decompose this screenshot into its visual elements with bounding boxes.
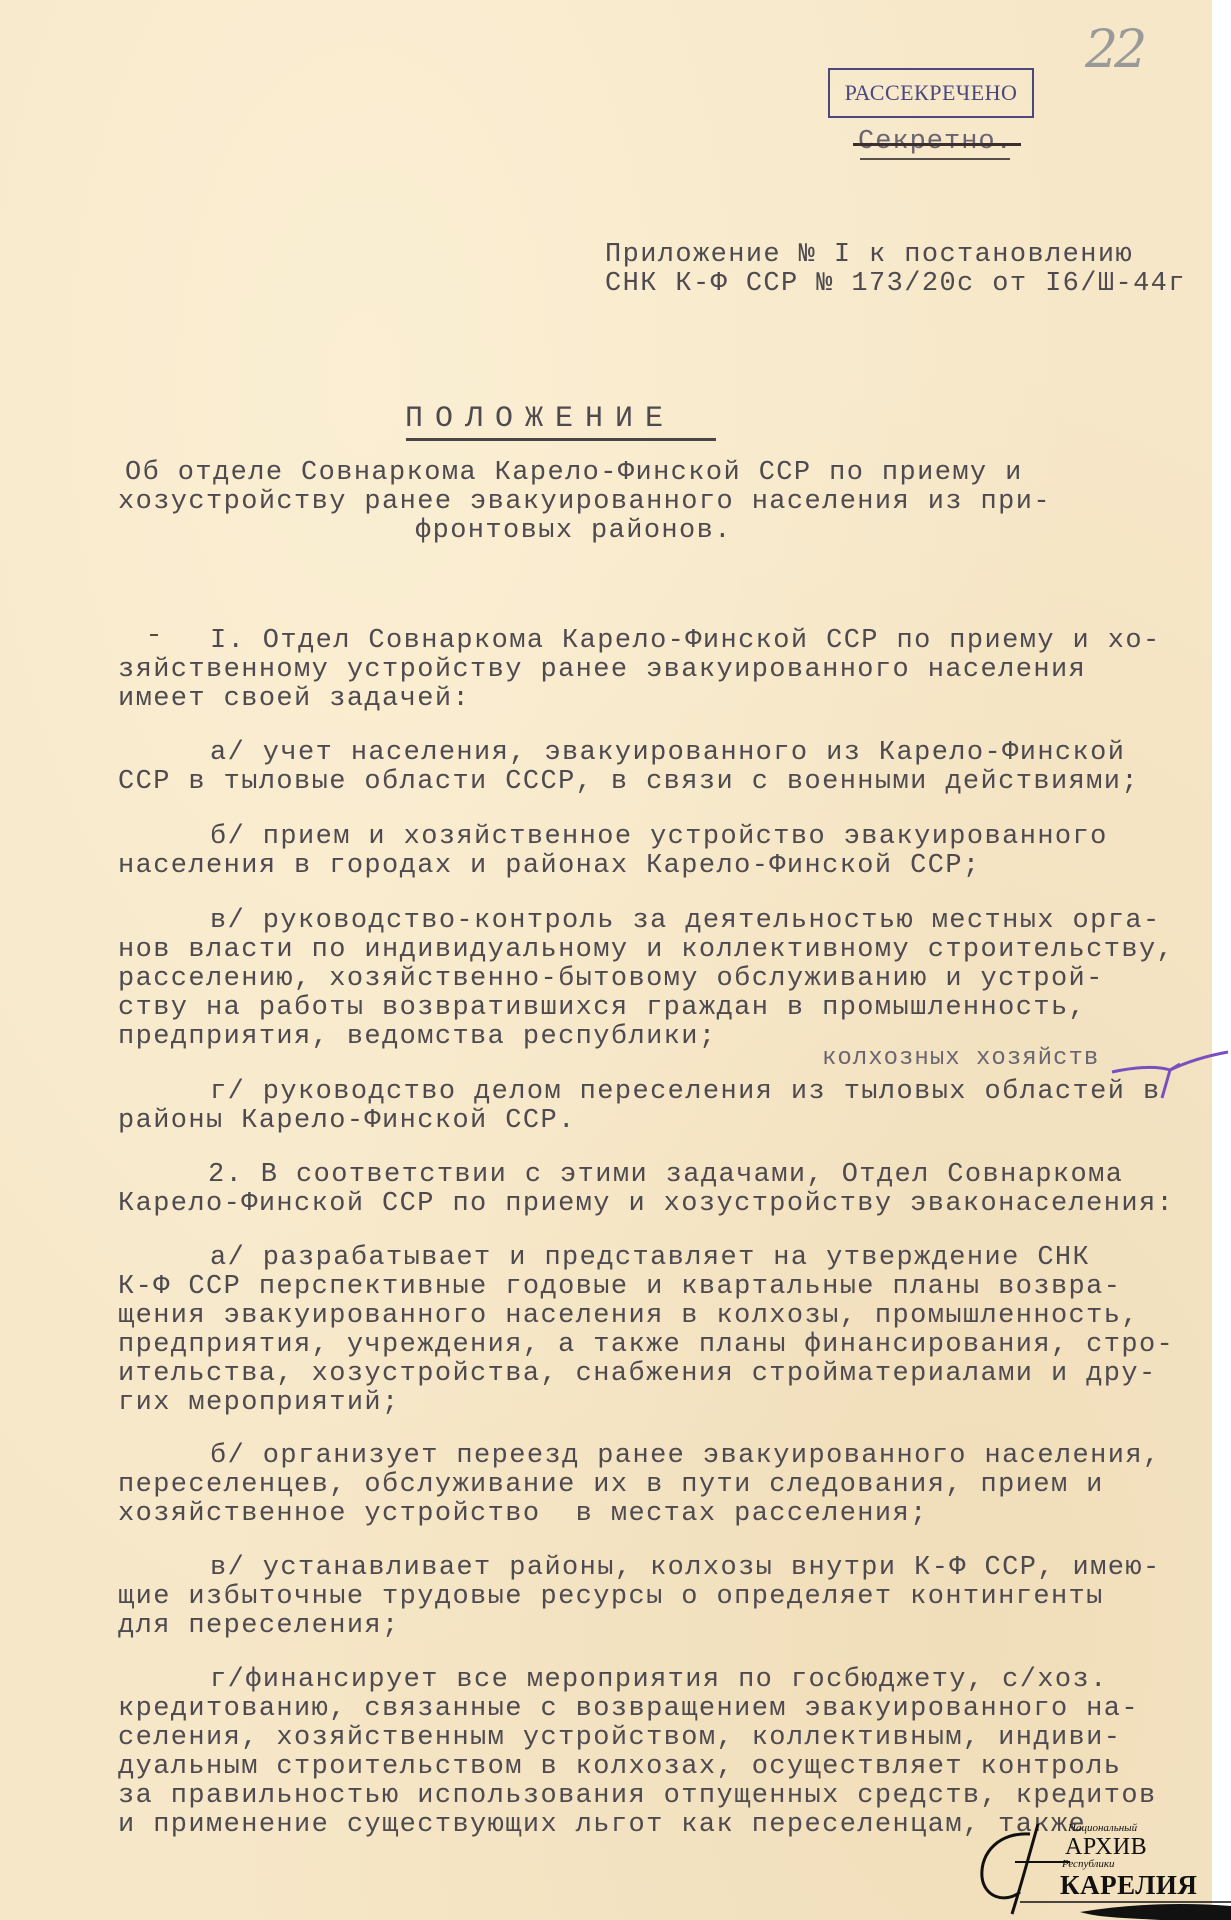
secret-underline bbox=[860, 158, 1010, 160]
body-line: ССР в тыловые области СССР, в связи с во… bbox=[118, 767, 1139, 797]
body-line: ительства, хозустройства, снабжения стро… bbox=[118, 1359, 1157, 1389]
body-line: в/ руководство-контроль за деятельностью… bbox=[210, 906, 1161, 936]
declassified-stamp-text: РАССЕКРЕЧЕНО bbox=[845, 80, 1018, 106]
body-line: г/ руководство делом переселения из тыло… bbox=[210, 1077, 1161, 1107]
declassified-stamp: РАССЕКРЕЧЕНО bbox=[828, 68, 1034, 118]
logo-line-republic: Республики bbox=[1062, 1858, 1115, 1870]
body-line: хозяйственное устройство в местах рассел… bbox=[118, 1499, 928, 1529]
body-line: Карело-Финской ССР по приему и хозустрой… bbox=[118, 1189, 1174, 1219]
body-line: а/ учет населения, эвакуированного из Ка… bbox=[210, 738, 1125, 768]
body-line: и применение существующих льгот как пере… bbox=[118, 1810, 1086, 1840]
body-line: щения эвакуированного населения в колхоз… bbox=[118, 1301, 1139, 1331]
body-line: К-Ф ССР перспективные годовые и кварталь… bbox=[118, 1272, 1121, 1302]
body-line: предприятия, учреждения, а также планы ф… bbox=[118, 1330, 1174, 1360]
body-line: переселенцев, обслуживание их в пути сле… bbox=[118, 1470, 1104, 1500]
body-line: расселению, хозяйственно-бытовому обслуж… bbox=[118, 964, 1104, 994]
body-line: б/ прием и хозяйственное устройство эвак… bbox=[210, 822, 1108, 852]
handwritten-insertion: колхозных хозяйств bbox=[822, 1045, 1099, 1072]
subtitle-line: фронтовых районов. bbox=[415, 516, 732, 546]
body-line: предприятия, ведомства республики; bbox=[118, 1022, 717, 1052]
body-line: I. Отдел Совнаркома Карело-Финской ССР п… bbox=[210, 626, 1161, 656]
archive-logo: Национальный АРХИВ Республики КАРЕЛИЯ bbox=[960, 1822, 1231, 1920]
body-line: г/финансирует все мероприятия по госбюдж… bbox=[210, 1665, 1108, 1695]
title-underline bbox=[406, 438, 716, 441]
body-line: дуальным строительством в колхозах, осущ… bbox=[118, 1752, 1121, 1782]
body-line: имеет своей задачей: bbox=[118, 684, 470, 714]
logo-line-archive: АРХИВ bbox=[1065, 1834, 1147, 1861]
body-line: за правильностью использования отпущенны… bbox=[118, 1781, 1157, 1811]
body-line: зяйственному устройству ранее эвакуирова… bbox=[118, 655, 1086, 685]
body-line: нов власти по индивидуальному и коллекти… bbox=[118, 935, 1174, 965]
logo-line-karelia: КАРЕЛИЯ bbox=[1060, 1870, 1197, 1901]
logo-line-national: Национальный bbox=[1068, 1822, 1137, 1834]
body-line: щие избыточные трудовые ресурсы о опреде… bbox=[118, 1582, 1104, 1612]
body-line: 2. В соответствии с этими задачами, Отде… bbox=[208, 1160, 1123, 1190]
subtitle-line: хозустройству ранее эвакуированного насе… bbox=[118, 487, 1051, 517]
subtitle-line: Об отделе Совнаркома Карело-Финской ССР … bbox=[125, 458, 1023, 488]
document-title: ПОЛОЖЕНИЕ bbox=[405, 402, 675, 436]
body-line: ству на работы возвратившихся граждан в … bbox=[118, 993, 1086, 1023]
body-line: для переселения; bbox=[118, 1611, 400, 1641]
body-line: а/ разрабатывает и представляет на утвер… bbox=[210, 1243, 1090, 1273]
appendix-line-1: Приложение № I к постановлению bbox=[605, 240, 1133, 270]
body-line: б/ организует переезд ранее эвакуированн… bbox=[210, 1441, 1161, 1471]
document-page: 22 РАССЕКРЕЧЕНО Секретно. Приложение № I… bbox=[0, 0, 1212, 1920]
body-line: гих мероприятий; bbox=[118, 1388, 400, 1418]
body-line: районы Карело-Финской ССР. bbox=[118, 1106, 576, 1136]
insertion-caret-icon bbox=[1110, 1050, 1230, 1120]
secret-marking: Секретно. bbox=[858, 127, 1013, 157]
folio-number: 22 bbox=[1085, 20, 1143, 80]
stray-mark bbox=[150, 634, 158, 636]
secret-strikethrough bbox=[853, 143, 1021, 146]
body-line: кредитованию, связанные с возвращением э… bbox=[118, 1694, 1139, 1724]
body-line: в/ устанавливает районы, колхозы внутри … bbox=[210, 1553, 1161, 1583]
body-line: селения, хозяйственным устройством, колл… bbox=[118, 1723, 1121, 1753]
body-line: населения в городах и районах Карело-Фин… bbox=[118, 851, 981, 881]
appendix-line-2: СНК К-Ф ССР № 173/20с от I6/Ш-44г bbox=[605, 269, 1186, 299]
